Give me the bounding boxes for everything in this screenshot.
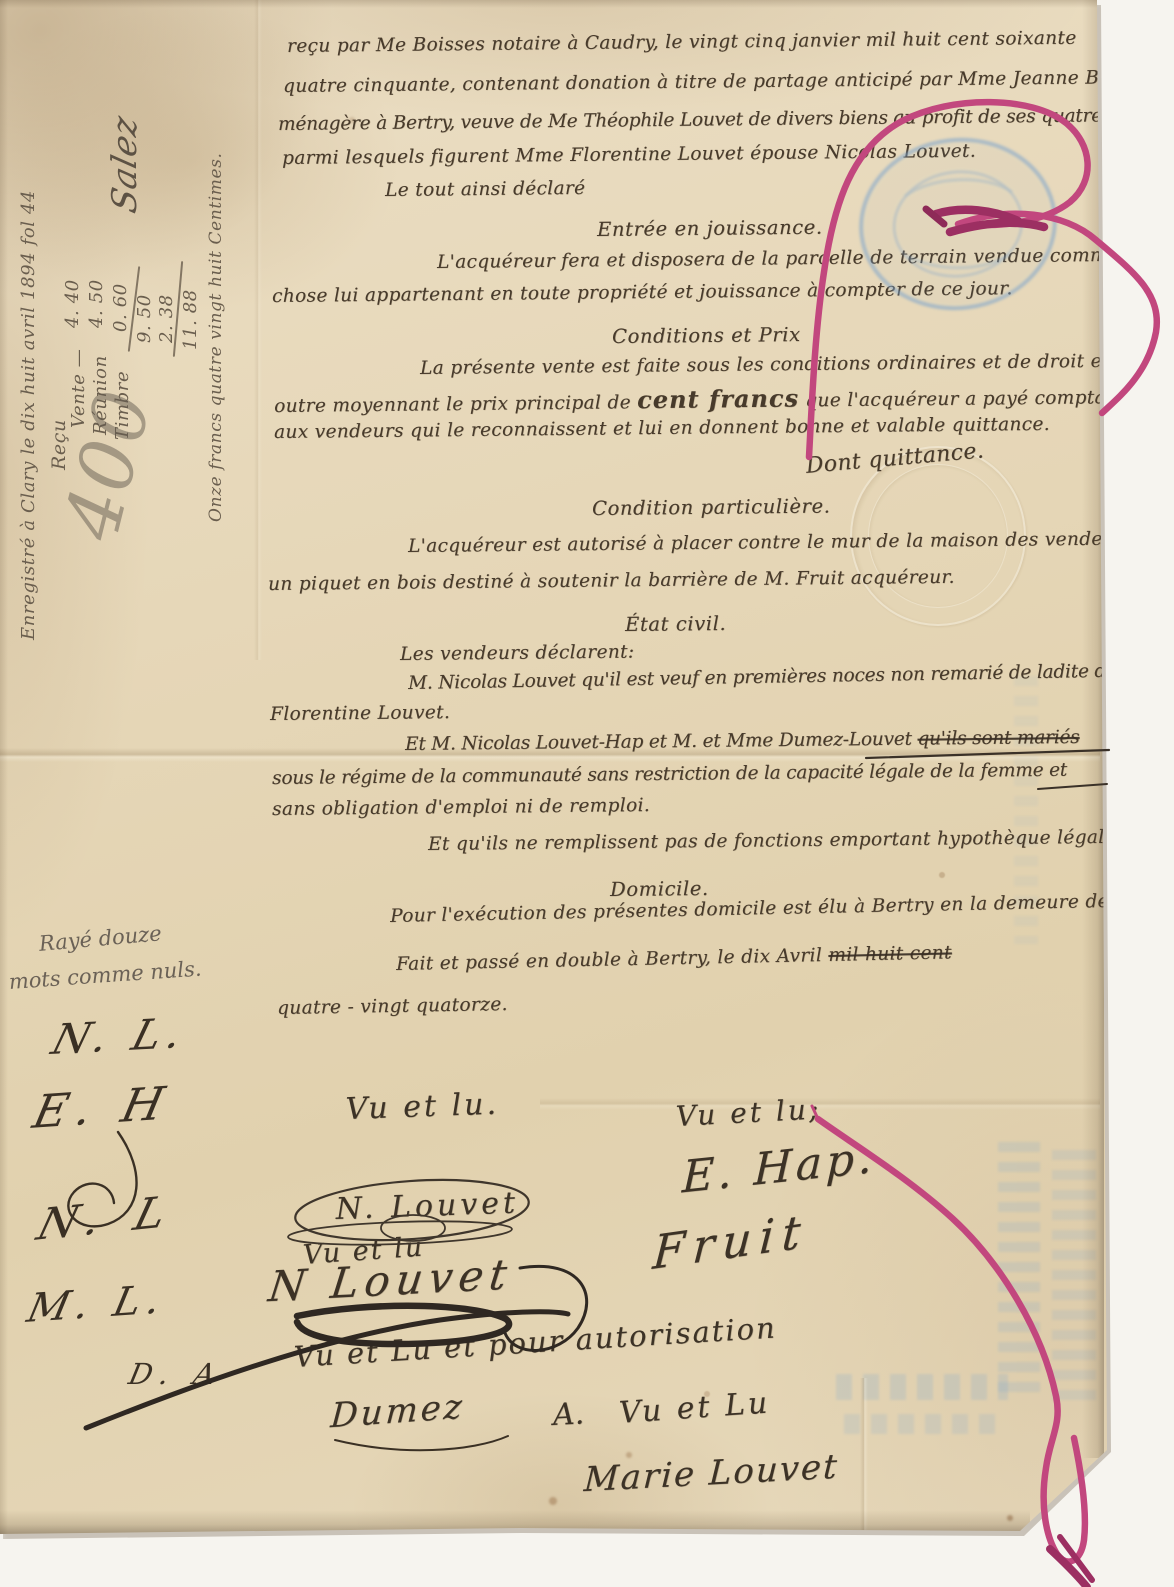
signature-dumez-initial: A. bbox=[552, 1396, 585, 1433]
signature-e-hap: E. Hap. bbox=[681, 1132, 877, 1204]
heading-etat-civil: État civil. bbox=[625, 614, 726, 635]
margin-initials-nl: N. L. bbox=[47, 1008, 194, 1064]
body-line-11-post: que l'acquéreur a payé comptant bbox=[799, 387, 1126, 411]
fees-subtotal: 9. 50 bbox=[136, 294, 154, 343]
body-line-18: Les vendeurs déclarent: bbox=[400, 644, 635, 665]
string-bottom-twist bbox=[1060, 1537, 1092, 1580]
body-line-5: Le tout ainsi déclaré bbox=[385, 180, 585, 201]
body-line-12: aux vendeurs qui le reconnaissent et lui… bbox=[274, 416, 1050, 443]
heading-domicile: Domicile. bbox=[610, 879, 709, 900]
struck-words-mil-huit-cent: mil huit cent bbox=[828, 942, 952, 966]
body-line-16: un piquet en bois destiné à soutenir la … bbox=[268, 569, 955, 595]
fees-total: 11. 88 bbox=[182, 289, 200, 350]
body-line-23: sans obligation d'emploi ni de remploi. bbox=[272, 797, 650, 819]
body-line-27-pre: Fait et passé en double à Bertry, le dix… bbox=[396, 945, 829, 975]
body-line-8: chose lui appartenant en toute propriété… bbox=[272, 280, 1013, 306]
fees-total-in-words: Onze francs quatre vingt huit Centimes. bbox=[208, 152, 225, 522]
scanned-notarial-document: Enregistré à Clary le dix huit avril 189… bbox=[0, 0, 1174, 1587]
fee-reunion-amount: 4. 50 bbox=[88, 279, 106, 328]
heading-entree-en-jouissance: Entrée en jouissance. bbox=[597, 218, 823, 240]
vu-et-lu-autorisation-line: Vu et Lu et pour autorisation bbox=[293, 1310, 778, 1373]
body-line-27: Fait et passé en double à Bertry, le dix… bbox=[396, 944, 952, 974]
signature-n-louvet-circled: N. Louvet bbox=[335, 1186, 520, 1227]
body-line-22: sous le régime de la communauté sans res… bbox=[272, 762, 1067, 789]
raye-note-line2: mots comme nuls. bbox=[8, 957, 202, 994]
margin-initials-da: D. A bbox=[126, 1357, 227, 1391]
body-line-26: Pour l'exécution des présentes domicile … bbox=[390, 891, 1174, 926]
body-line-11: outre moyennant le prix principal de cen… bbox=[274, 383, 1126, 416]
fee-vente-amount: 4. 40 bbox=[64, 279, 82, 328]
signature-marie-louvet: Marie Louvet bbox=[583, 1447, 840, 1501]
fee-timbre-amount: 0. 60 bbox=[112, 283, 130, 332]
vu-et-lu-left-header: Vu et lu. bbox=[345, 1087, 500, 1127]
margin-initials-ml: M. L. bbox=[23, 1277, 171, 1332]
body-line-1: reçu par Me Boisses notaire à Caudry, le… bbox=[287, 30, 1077, 57]
raye-note-line1: Rayé douze bbox=[38, 921, 163, 956]
paper-edge-left bbox=[0, 0, 8, 1534]
heading-conditions-et-prix: Conditions et Prix bbox=[612, 325, 801, 346]
signature-fruit: Fruit bbox=[651, 1203, 810, 1280]
paper-sheet: Enregistré à Clary le dix huit avril 189… bbox=[0, 0, 1174, 1587]
heading-condition-particuliere: Condition particulière. bbox=[592, 497, 831, 519]
body-line-4: parmi lesquels figurent Mme Florentine L… bbox=[282, 143, 976, 169]
string-bottom-twist bbox=[1050, 1549, 1087, 1587]
paper-edge-top bbox=[0, 0, 1098, 8]
margin-initials-nl2: N. L bbox=[32, 1186, 182, 1251]
ink-bleedthrough-column bbox=[998, 1142, 1040, 1398]
signature-dumez: Dumez bbox=[329, 1387, 466, 1437]
margin-initials-eh: E. H bbox=[28, 1076, 177, 1139]
vu-et-lu-bottom-header: Vu et Lu bbox=[618, 1385, 771, 1430]
body-line-28: quatre - vingt quatorze. bbox=[277, 996, 508, 1019]
body-line-20: Florentine Louvet. bbox=[270, 704, 450, 724]
vu-et-lu-right-header: Vu et lu; bbox=[675, 1092, 822, 1133]
registration-margin-block: Enregistré à Clary le dix huit avril 189… bbox=[20, 40, 310, 640]
body-line-7: L'acquéreur fera et disposera de la parc… bbox=[437, 247, 1149, 273]
fees-decimes: 2. 38 bbox=[158, 294, 176, 343]
ink-bleedthrough-block bbox=[844, 1414, 1004, 1434]
body-line-3: ménagère à Bertry, veuve de Me Théophile… bbox=[278, 107, 1174, 135]
body-line-11-pre: outre moyennant le prix principal de bbox=[274, 392, 637, 417]
body-line-2: quatre cinquante, contenant donation à t… bbox=[283, 69, 1157, 97]
registrar-signature: Salez bbox=[108, 112, 142, 216]
body-line-10: La présente vente est faite sous les con… bbox=[420, 352, 1140, 378]
price-cent-francs: cent francs bbox=[637, 384, 799, 415]
body-line-15: L'acquéreur est autorisé à placer contre… bbox=[408, 530, 1134, 556]
struck-words-quils-sont-maries: qu'ils sont mariés bbox=[917, 727, 1079, 750]
registration-note: Enregistré à Clary le dix huit avril 189… bbox=[20, 50, 38, 640]
vertical-fold-crease bbox=[860, 1378, 868, 1530]
